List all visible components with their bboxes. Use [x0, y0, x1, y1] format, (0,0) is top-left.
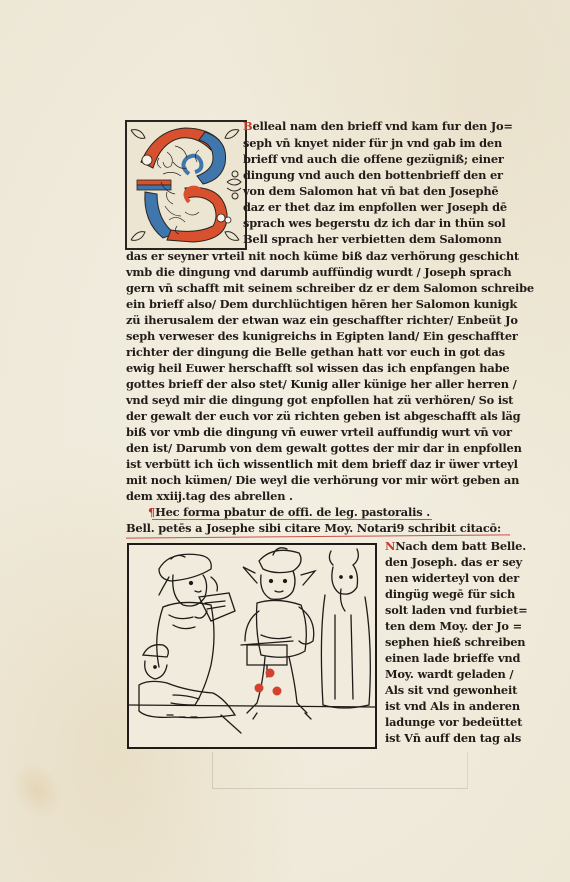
plate-ghost-impression	[212, 752, 468, 789]
text-line: NNach dem batt Belle.	[385, 538, 526, 554]
text-line: zü iherusalem der etwan waz ein geschaff…	[126, 312, 518, 328]
woodcut-illustration	[127, 543, 377, 749]
text-line: seph vn̄ knyet nider für jn vnd gab im d…	[243, 135, 502, 151]
text-line: dem xxiij.tag des abrellen .	[126, 488, 293, 504]
text-line: biß vor vmb die dingung vn̄ euwer vrteil…	[126, 424, 512, 440]
text-line: ladunge vor bedeüttet	[385, 714, 522, 730]
decorated-initial	[125, 120, 247, 250]
text-line: solt laden vnd furbiet=	[385, 602, 528, 618]
text-line: vmb die dingung vnd darumb auffündig wur…	[126, 264, 511, 280]
text-line: richter der dingung die Belle gethan hat…	[126, 344, 505, 360]
text-line: vnd seyd mir die dingung got enpfollen h…	[126, 392, 513, 408]
text-line: Bell sprach her verbietten dem Salomonn	[243, 231, 502, 247]
woodcut-scene-icon	[129, 545, 375, 747]
rubric-line-2: Bell. petēs a Josephe sibi citare Moy. N…	[126, 520, 501, 536]
text-line: brieff vnd auch die offene gezügniß; ein…	[243, 151, 504, 167]
text-line: den Joseph. das er sey	[385, 554, 522, 570]
text-line: ist verbütt ich üch wissentlich mit dem …	[126, 456, 518, 472]
text-line: ein brieff also/ Dem durchlüchtigen hēre…	[126, 296, 517, 312]
text-line: dingung vnd auch den bottenbrieff den er	[243, 167, 503, 183]
text-line: ewig heil Euwer herschafft sol wissen da…	[126, 360, 509, 376]
text-line: sephen hieß schreiben	[385, 634, 525, 650]
text-line: dingüg wegē für sich	[385, 586, 515, 602]
initial-b-icon	[127, 122, 245, 248]
text-line: einen lade brieffe vnd	[385, 650, 520, 666]
text-line: seph verweser des kunigreichs in Egipten…	[126, 328, 518, 344]
text-line: nen widerteyl von der	[385, 570, 519, 586]
text-line: von dem Salomon hat vn̄ bat den Josephē	[243, 183, 498, 199]
text-line: Belleal nam den brieff vnd kam fur den J…	[243, 118, 513, 134]
text-line: sprach wes begerstu dz ich dar in thün s…	[243, 215, 506, 231]
text-line: Als sit vnd gewonheit	[385, 682, 517, 698]
text-line: das er seyner vrteil nit noch küme biß d…	[126, 248, 519, 264]
text-line: mit noch kümen/ Die weyl die verhörung v…	[126, 472, 519, 488]
text-line: ist vnd Als in anderen	[385, 698, 520, 714]
text-line: ist Vn̄ auff den tag als	[385, 730, 521, 746]
text-line: den ist/ Darumb von dem gewalt gottes de…	[126, 440, 522, 456]
text-line: daz er thet daz im enpfollen wer Joseph …	[243, 199, 507, 215]
text-line: Moy. wardt geladen /	[385, 666, 513, 682]
text-line: gottes brieff der also stet/ Kunig aller…	[126, 376, 517, 392]
text-line: gern vn̄ schafft mit seinem schreiber dz…	[126, 280, 534, 296]
rubric-line-1: ¶Hec forma pbatur de offi. de leg. pasto…	[148, 504, 430, 520]
text-line: der gewalt der euch vor zü richten geben…	[126, 408, 520, 424]
text-line: ten dem Moy. der Jo =	[385, 618, 522, 634]
